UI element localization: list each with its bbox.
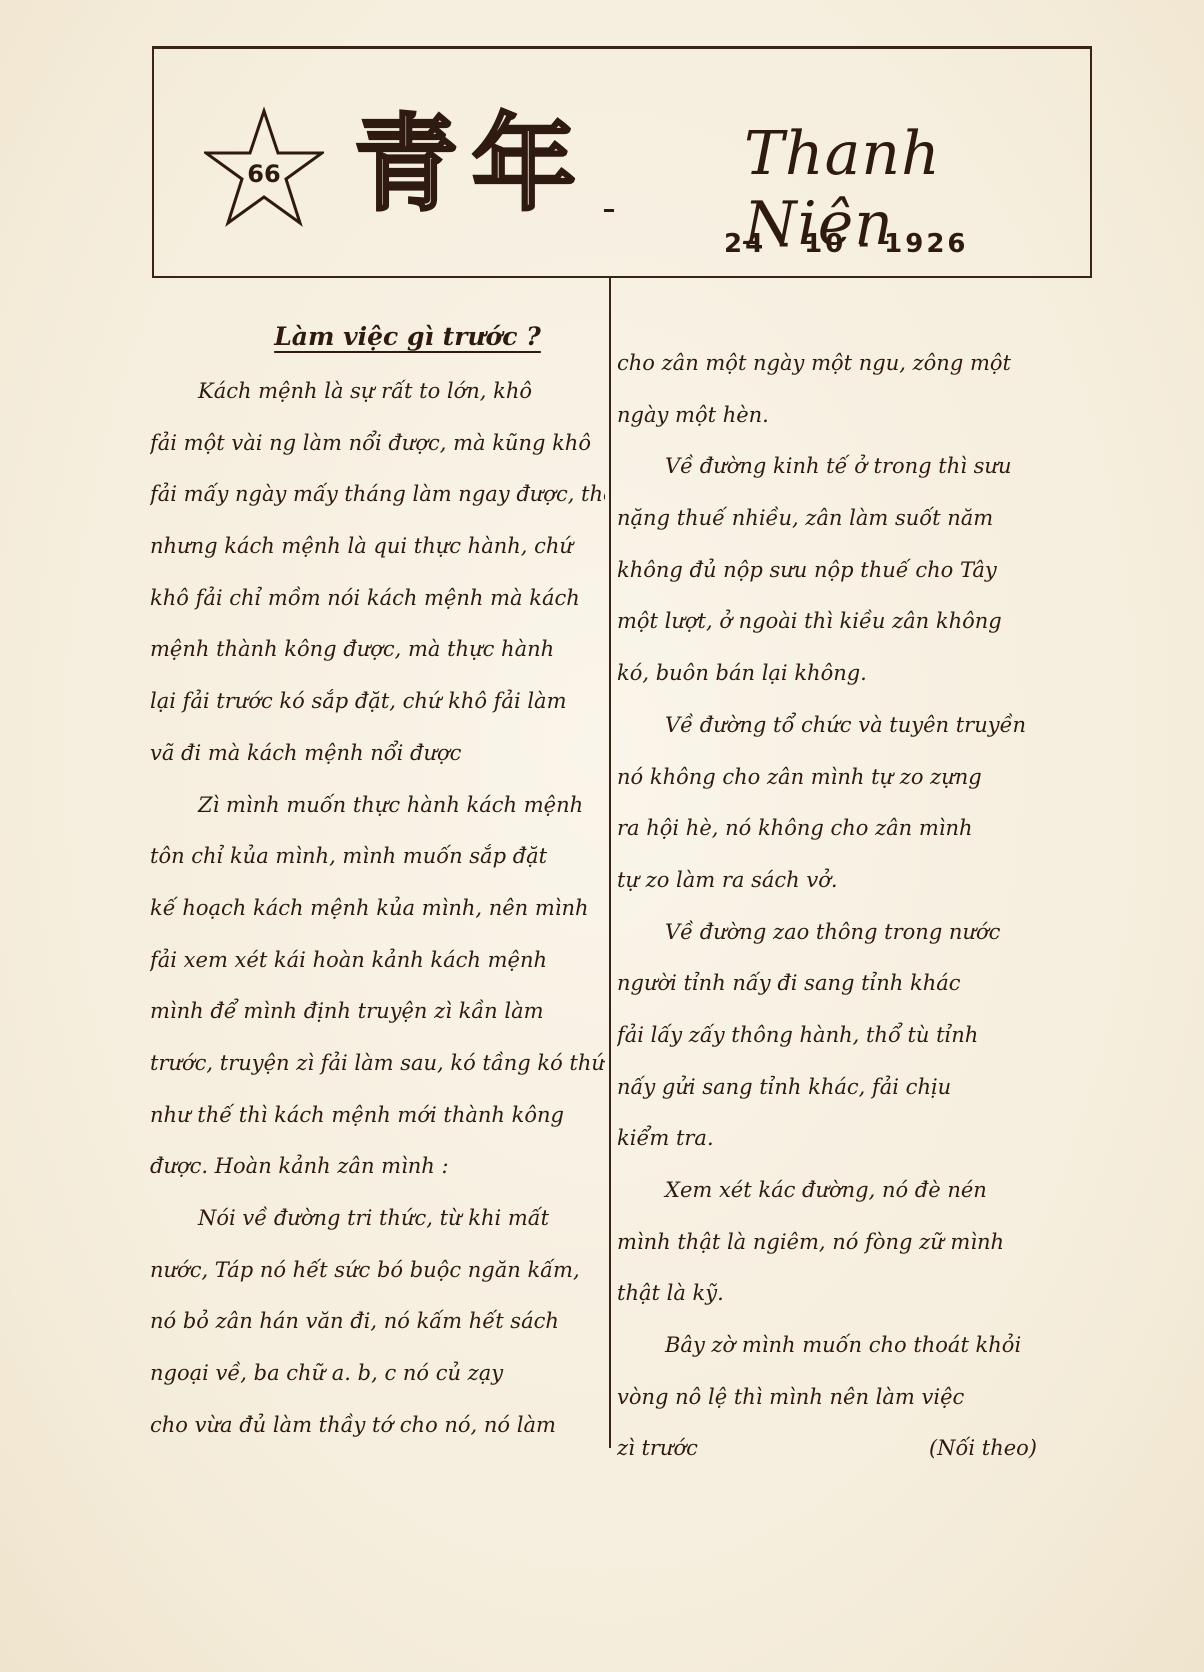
- text-line: Kách mệnh là sự rất to lớn, khô: [150, 366, 605, 418]
- text-line: kiểm tra.: [617, 1113, 1087, 1165]
- text-line: tôn chỉ kủa mình, mình muốn sắp đặt: [150, 831, 605, 883]
- title-mark: [604, 209, 614, 212]
- text-line: kó, buôn bán lại không.: [617, 648, 1087, 700]
- text-line-content: zì trước: [617, 1423, 698, 1475]
- text-line: tự zo làm ra sách vở.: [617, 855, 1087, 907]
- text-line: cho vừa đủ làm thầy tớ cho nó, nó làm: [150, 1400, 605, 1452]
- text-line: Xem xét kác đường, nó đè nén: [617, 1165, 1087, 1217]
- text-line: fải lấy zấy thông hành, thổ tù tỉnh: [617, 1010, 1087, 1062]
- text-line: kế hoạch kách mệnh kủa mình, nên mình: [150, 883, 605, 935]
- text-line: nước, Táp nó hết sức bó buộc ngăn kấm,: [150, 1245, 605, 1297]
- text-line: Bây zờ mình muốn cho thoát khỏi: [617, 1320, 1087, 1372]
- text-line: nó bỏ zân hán văn đi, nó kấm hết sách: [150, 1296, 605, 1348]
- text-line: Về đường tổ chức và tuyên truyền: [617, 700, 1087, 752]
- star-emblem: 66: [204, 107, 324, 227]
- text-line: nhưng kách mệnh là qui thực hành, chứ: [150, 521, 605, 573]
- text-line: một lượt, ở ngoài thì kiều zân không: [617, 596, 1087, 648]
- text-line: Về đường zao thông trong nước: [617, 907, 1087, 959]
- text-line: trước, truyện zì fải làm sau, kó tầng kó…: [150, 1038, 605, 1090]
- text-line: như thế thì kách mệnh mới thành kông: [150, 1090, 605, 1142]
- text-line: ra hội hè, nó không cho zân mình: [617, 803, 1087, 855]
- left-column: Làm việc gì trước ? Kách mệnh là sự rất …: [150, 320, 605, 1451]
- text-line: mệnh thành kông được, mà thực hành: [150, 624, 605, 676]
- text-line: nặng thuế nhiều, zân làm suốt năm: [617, 493, 1087, 545]
- masthead: 66 青年 Thanh Niên 24 - 10 - 1926: [152, 46, 1092, 278]
- text-line: vã đi mà kách mệnh nổi được: [150, 728, 605, 780]
- text-line: vòng nô lệ thì mình nên làm việc: [617, 1372, 1087, 1424]
- article-title: Làm việc gì trước ?: [210, 320, 605, 354]
- text-line: fải mấy ngày mấy tháng làm ngay được, th…: [150, 469, 605, 521]
- text-line: Về đường kinh tế ở trong thì sưu: [617, 441, 1087, 493]
- text-line: cho zân một ngày một ngu, zông một: [617, 338, 1087, 390]
- text-line: không đủ nộp sưu nộp thuế cho Tây: [617, 545, 1087, 597]
- text-line: fải xem xét kái hoàn kảnh kách mệnh: [150, 935, 605, 987]
- text-line: mình thật là ngiêm, nó fòng zữ mình: [617, 1217, 1087, 1269]
- text-line: nấy gửi sang tỉnh khác, fải chịu: [617, 1062, 1087, 1114]
- left-column-lines: Kách mệnh là sự rất to lớn, khôfải một v…: [150, 366, 605, 1451]
- chinese-title: 青年: [354, 99, 590, 229]
- text-line: lại fải trước kó sắp đặt, chứ khô fải là…: [150, 676, 605, 728]
- right-column: cho zân một ngày một ngu, zông mộtngày m…: [617, 338, 1087, 1475]
- issue-date: 24 - 10 - 1926: [724, 229, 969, 259]
- text-line: được. Hoàn kảnh zân mình :: [150, 1141, 605, 1193]
- text-line: khô fải chỉ mồm nói kách mệnh mà kách: [150, 573, 605, 625]
- right-column-lines: cho zân một ngày một ngu, zông mộtngày m…: [617, 338, 1087, 1475]
- continued-label: (Nối theo): [929, 1423, 1037, 1475]
- newspaper-page: 66 青年 Thanh Niên 24 - 10 - 1926 Làm việc…: [0, 0, 1204, 1672]
- text-line: ngoại về, ba chữ a. b, c nó củ zạy: [150, 1348, 605, 1400]
- text-line: ngày một hèn.: [617, 390, 1087, 442]
- issue-number: 66: [204, 107, 324, 227]
- text-line: thật là kỹ.: [617, 1268, 1087, 1320]
- text-line: Zì mình muốn thực hành kách mệnh: [150, 780, 605, 832]
- text-line: fải một vài ng làm nổi được, mà kũng khô: [150, 418, 605, 470]
- text-line: Nói về đường tri thức, từ khi mất: [150, 1193, 605, 1245]
- text-line: mình để mình định truyện zì kần làm: [150, 986, 605, 1038]
- text-line: nó không cho zân mình tự zo zựng: [617, 752, 1087, 804]
- column-divider: [609, 278, 611, 1448]
- text-line: zì trước(Nối theo): [617, 1423, 1087, 1475]
- text-line: người tỉnh nấy đi sang tỉnh khác: [617, 958, 1087, 1010]
